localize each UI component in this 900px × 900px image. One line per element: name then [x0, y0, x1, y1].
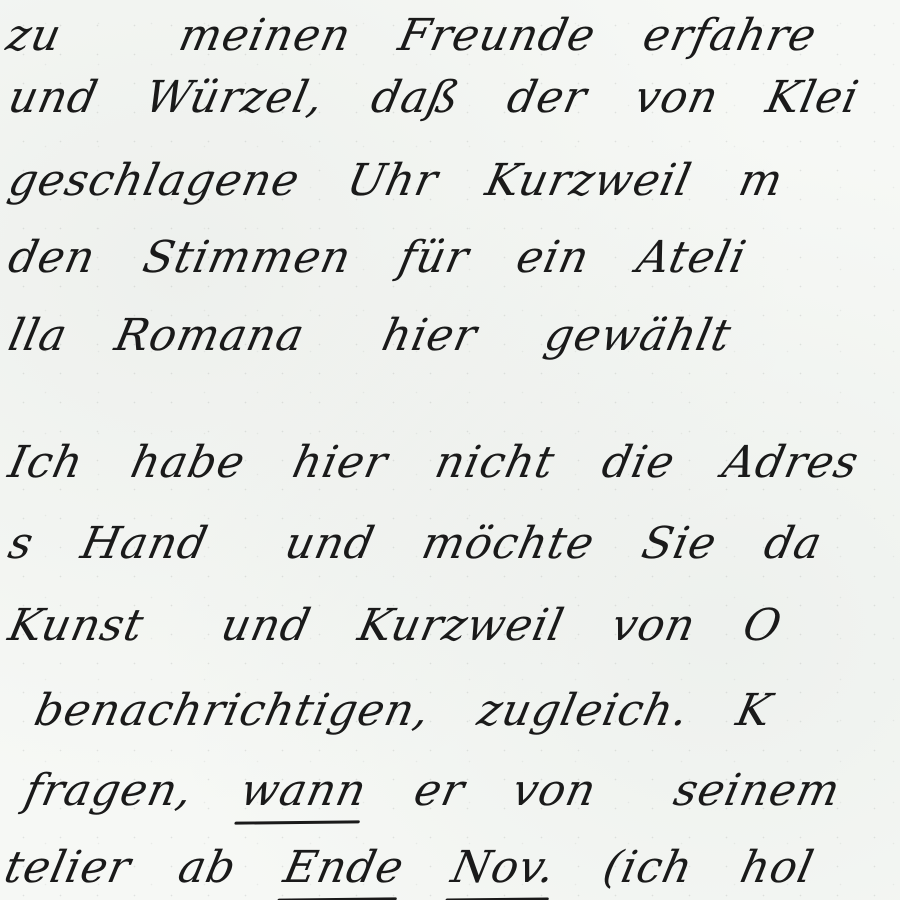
word: von	[508, 765, 602, 816]
letter-page: zu meinen Freunde erfahre und Würzel, da…	[0, 0, 900, 900]
word: habe	[126, 437, 250, 488]
word: geschlagene	[4, 155, 304, 206]
word: er	[410, 765, 470, 816]
word: Stimmen	[139, 232, 357, 283]
word: K	[732, 685, 777, 736]
handwritten-line-8: Kunst und Kurzweil von O	[4, 600, 821, 651]
word: der	[503, 72, 592, 123]
word: hier	[378, 310, 482, 361]
word: Kurzweil	[354, 600, 569, 651]
word: da	[760, 518, 827, 569]
handwritten-line-9: benachrichtigen, zugleich. K	[30, 685, 811, 736]
handwritten-line-11: telier ab Ende Nov. (ich hol	[0, 842, 853, 893]
word: hier	[288, 437, 392, 488]
word: Sie	[637, 518, 721, 569]
word: und	[281, 518, 380, 569]
word: und	[4, 72, 103, 123]
word: seinem	[669, 765, 845, 816]
word: gewählt	[540, 310, 736, 361]
word: hol	[736, 842, 819, 893]
word: meinen	[175, 10, 356, 61]
handwritten-line-4: den Stimmen für ein Ateli	[4, 232, 785, 283]
handwritten-line-7: s Hand und möchte Sie da	[4, 518, 861, 569]
word: für	[394, 232, 473, 283]
word: Ateli	[632, 232, 751, 283]
word: telier	[0, 842, 136, 893]
word: Freunde	[394, 10, 600, 61]
handwritten-line-6: Ich habe hier nicht die Adres	[4, 437, 897, 488]
word: Ich	[4, 437, 88, 488]
underlined-word: Ende	[279, 842, 409, 893]
handwritten-line-10: fragen, wann er von seinem	[20, 765, 879, 816]
word: den	[4, 232, 100, 283]
word: und	[217, 600, 316, 651]
word: zu	[2, 10, 66, 61]
handwritten-line-1: zu meinen Freunde erfahre	[2, 10, 855, 61]
word: (ich	[599, 842, 698, 893]
word: von	[607, 600, 701, 651]
handwritten-line-3: geschlagene Uhr Kurzweil m	[4, 155, 822, 206]
word: Romana	[110, 310, 309, 361]
word: Hand	[77, 518, 213, 569]
word: ein	[512, 232, 594, 283]
word: möchte	[418, 518, 600, 569]
handwritten-line-5: lla Romana hier gewählt	[4, 310, 770, 361]
word: von	[630, 72, 724, 123]
underlined-word: Nov.	[447, 842, 560, 893]
word: Uhr	[343, 155, 443, 206]
word: Kurzweil	[481, 155, 696, 206]
word: Kunst	[4, 600, 149, 651]
word: ab	[174, 842, 241, 893]
word: m	[734, 155, 788, 206]
word: lla	[4, 310, 72, 361]
word: fragen,	[20, 765, 198, 816]
word: O	[739, 600, 787, 651]
word: zugleich.	[473, 685, 694, 736]
handwritten-line-2: und Würzel, daß der von Klei	[4, 72, 898, 123]
word: die	[598, 437, 680, 488]
word: nicht	[431, 437, 560, 488]
word: Adres	[718, 437, 863, 488]
word: daß	[367, 72, 465, 123]
word: benachrichtigen,	[30, 685, 435, 736]
word: Würzel,	[141, 72, 329, 123]
underlined-word: wann	[236, 765, 371, 816]
word: erfahre	[639, 10, 822, 61]
word: Klei	[762, 72, 864, 123]
word: s	[4, 518, 38, 569]
